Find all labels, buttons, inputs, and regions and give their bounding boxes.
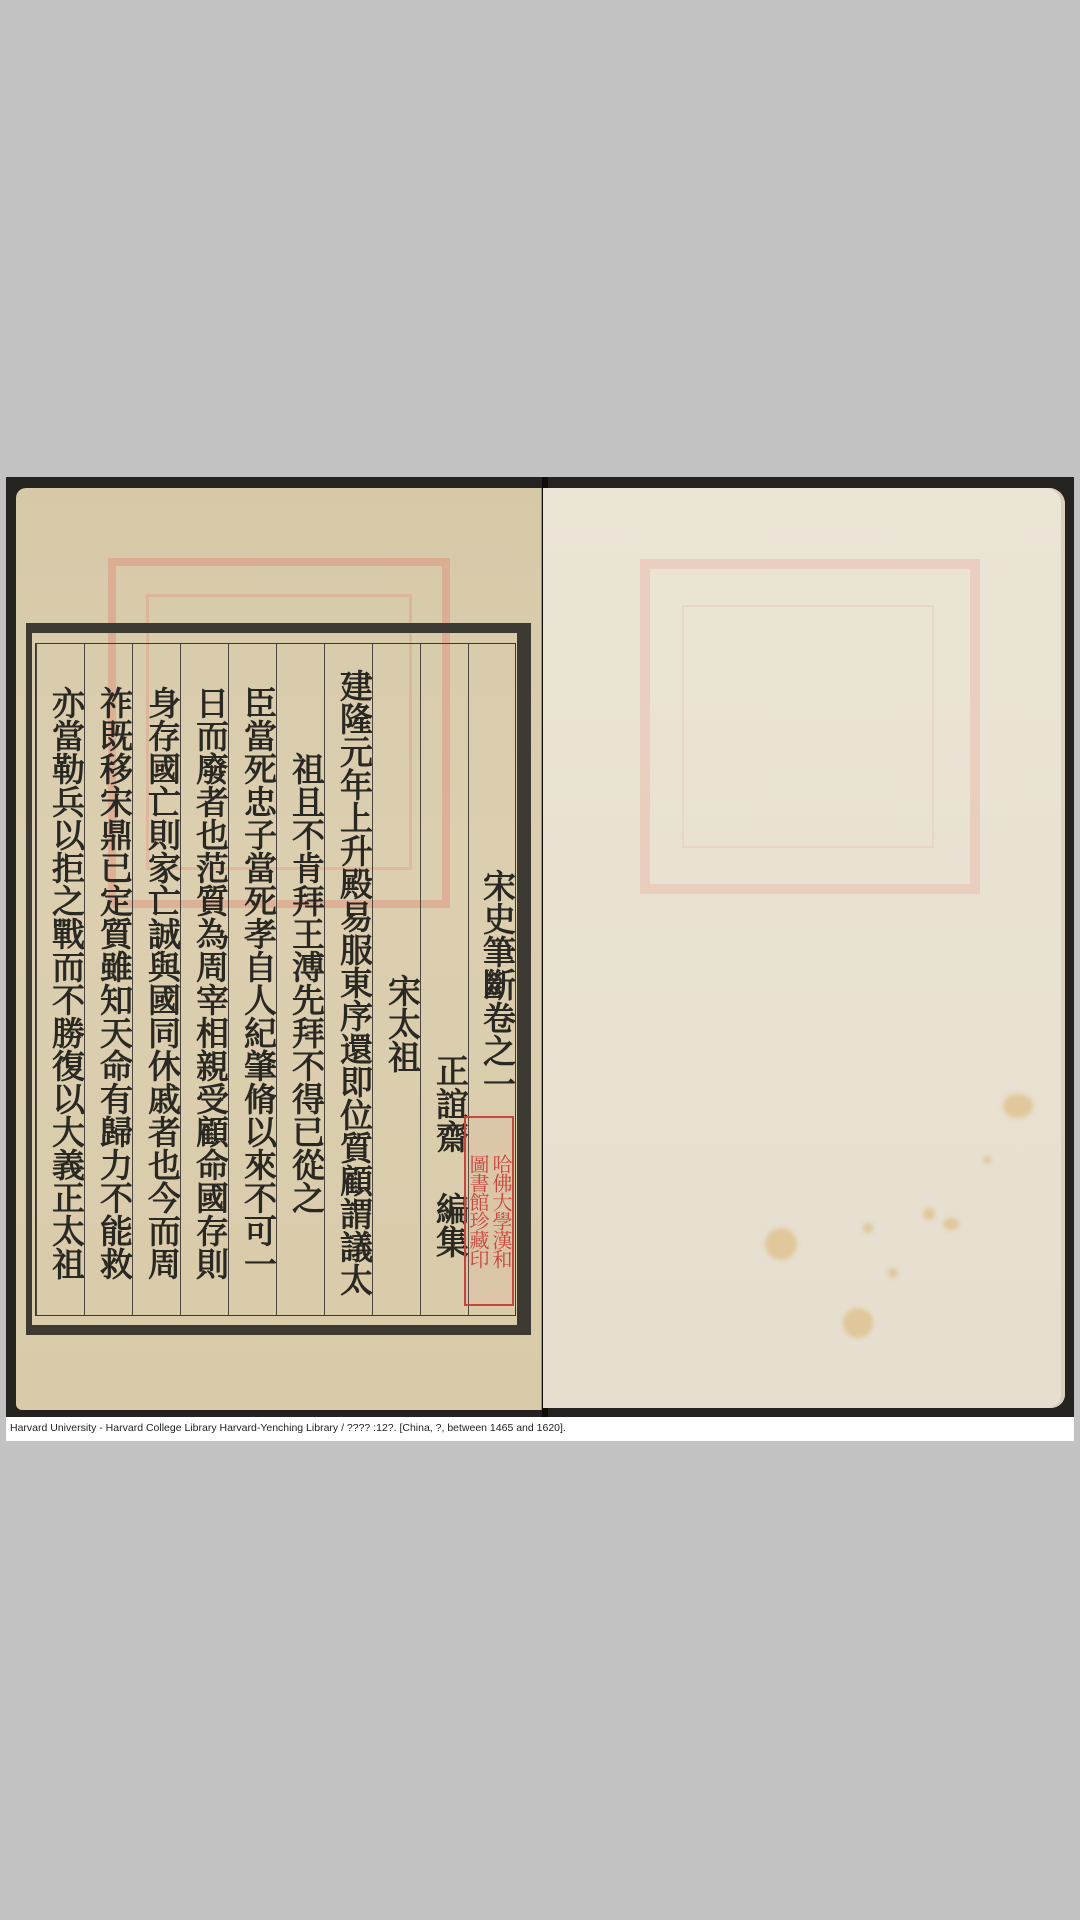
- text-column: 祚既移宋鼎已定質雖知天命有歸力不能救: [84, 644, 132, 1315]
- foxing-stain: [923, 1208, 935, 1220]
- image-caption: Harvard University - Harvard College Lib…: [10, 1422, 566, 1434]
- author-column: 正誼齋 編集: [420, 644, 468, 1315]
- page-gutter: [541, 488, 542, 1410]
- foxing-stain: [943, 1218, 959, 1230]
- caption-bar: Harvard University - Harvard College Lib…: [6, 1417, 1074, 1441]
- right-page: [543, 488, 1065, 1408]
- book-scan-image[interactable]: 宋史筆斷卷之一 正誼齋 編集 宋太祖 建隆元年上升殿易服東序還即位質顧謂議太 祖…: [6, 477, 1074, 1417]
- text-column: 祖且不肯拜王溥先拜不得已從之: [276, 644, 324, 1315]
- text-column: 身存國亡則家亡誠與國同休戚者也今而周: [132, 644, 180, 1315]
- foxing-stain: [863, 1223, 873, 1233]
- text-block: 宋史筆斷卷之一 正誼齋 編集 宋太祖 建隆元年上升殿易服東序還即位質顧謂議太 祖…: [35, 643, 516, 1316]
- author-line: 正誼齋 編集: [432, 1054, 469, 1258]
- text-column: 亦當勒兵以拒之戰而不勝復以大義正太祖: [36, 644, 84, 1315]
- seal-text: 圖書館珍藏印: [466, 1118, 489, 1304]
- seal-text: 哈佛大學漢和: [489, 1118, 512, 1304]
- image-viewer: 宋史筆斷卷之一 正誼齋 編集 宋太祖 建隆元年上升殿易服東序還即位質顧謂議太 祖…: [6, 477, 1074, 1441]
- text-column: 日而廢者也范質為周宰相親受顧命國存則: [180, 644, 228, 1315]
- left-page: 宋史筆斷卷之一 正誼齋 編集 宋太祖 建隆元年上升殿易服東序還即位質顧謂議太 祖…: [16, 488, 547, 1410]
- foxing-stain: [888, 1268, 898, 1278]
- foxing-stain: [765, 1228, 797, 1260]
- foxing-stain: [983, 1156, 991, 1164]
- text-column: 建隆元年上升殿易服東序還即位質顧謂議太: [324, 644, 372, 1315]
- section-heading: 宋太祖: [372, 644, 420, 1315]
- text-column: 臣當死忠子當死孝自人紀肇脩以來不可一: [228, 644, 276, 1315]
- foxing-stain: [1003, 1094, 1033, 1118]
- library-seal: 哈佛大學漢和 圖書館珍藏印: [464, 1116, 514, 1306]
- faint-seal-bleedthrough: [640, 559, 980, 894]
- foxing-stain: [843, 1308, 873, 1338]
